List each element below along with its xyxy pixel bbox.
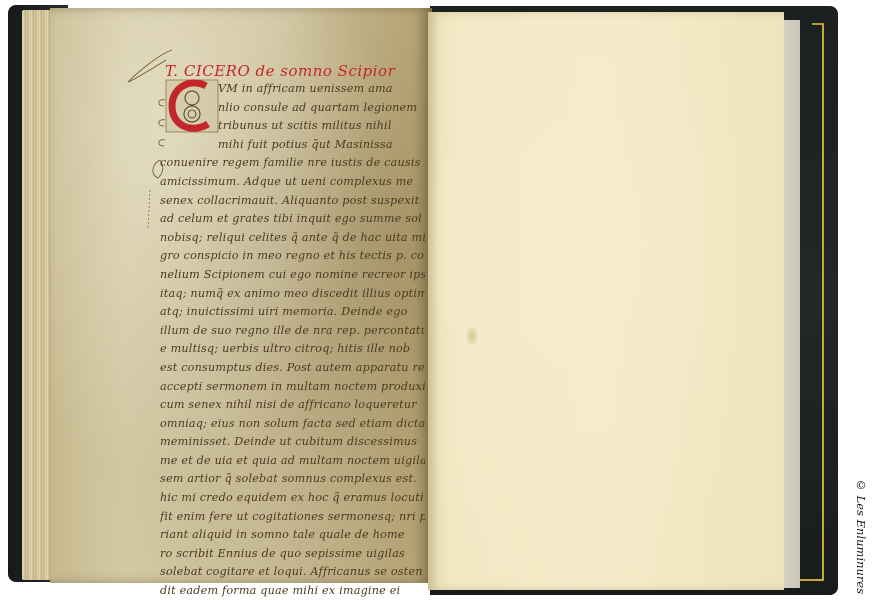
page-stain [465,325,479,347]
text-line: itaq; numq̃ ex animo meo discedit illius… [160,285,425,304]
text-line: riant aliquid in somno tale quale de hom… [160,526,425,545]
text-line: est consumptus dies. Post autem apparatu… [160,359,425,378]
text-line: conuenire regem familie nre iustis de ca… [160,154,425,173]
text-line: dit eadem forma quae mihi ex imagine ei [160,582,425,600]
text-line: ro scribit Ennius de quo sepissime uigil… [160,545,425,564]
gold-tooling-bottom [800,579,824,581]
text-line: ad celum et grates tibi inquit ego summe… [160,210,425,229]
gold-tooling-rule [822,23,824,580]
text-line: omniaq; eius non solum facta sed etiam d… [160,415,425,434]
right-blank-page [428,12,784,590]
text-line: sem artior q̃ solebat somnus complexus e… [160,470,425,489]
text-line: nlio consule ad quartam legionem [160,99,425,118]
text-line: me et de uia et quia ad multam noctem ui… [160,452,425,471]
text-line: fit enim fere ut cogitationes sermonesq;… [160,508,425,527]
text-line: amicissimum. Adque ut ueni complexus me [160,173,425,192]
text-line: nelium Scipionem cui ego nomine recreor … [160,266,425,285]
manuscript-photo: T. CICERO de somno Scipior VM in affrica… [0,0,882,600]
text-line: solebat cogitare et loqui. Affricanus se… [160,563,425,582]
text-line: meminisset. Deinde ut cubitum discessimu… [160,433,425,452]
copyright-watermark: © Les Enluminures [852,478,868,588]
text-line: VM in affricam uenissem ama [160,80,425,99]
text-line: illum de suo regno ille de nra rep. perc… [160,322,425,341]
text-line: atq; inuictissimi uiri memoria. Deinde e… [160,303,425,322]
manuscript-text: VM in affricam uenissem ama nlio consule… [160,80,425,600]
text-line: tribunus ut scitis militus nihil [160,117,425,136]
text-line: gro conspicio in meo regno et his tectis… [160,247,425,266]
text-line: accepti sermonem in multam noctem produx… [160,378,425,397]
text-line: hic mi credo equidem ex hoc q̃ eramus lo… [160,489,425,508]
text-line: nobisq; reliqui celites q̃ ante q̃ de ha… [160,229,425,248]
text-line: cum senex nihil nisi de affricano loquer… [160,396,425,415]
text-line: mihi fuit potius q̃ut Masinissa [160,136,425,155]
text-line: senex collacrimauit. Aliquanto post susp… [160,192,425,211]
text-line: e multisq; uerbis ultro citroq; hitis il… [160,340,425,359]
